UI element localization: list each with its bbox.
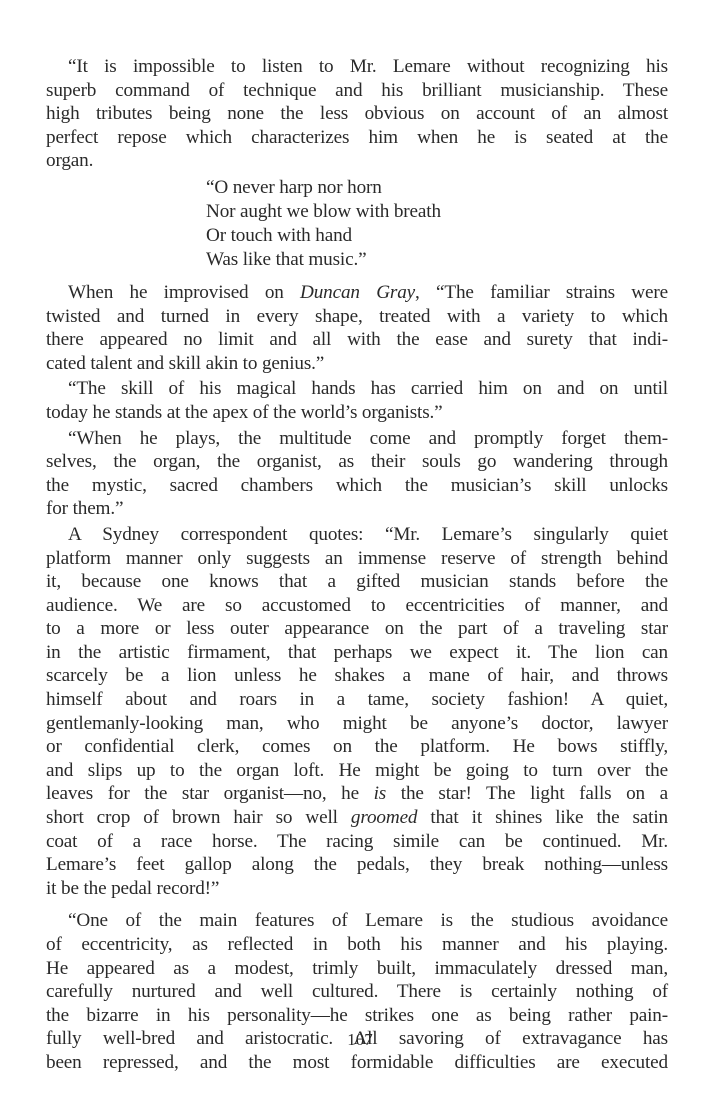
text-line: “The skill of his magical hands has carr… bbox=[46, 377, 668, 401]
text-line: twisted and turned in every shape, treat… bbox=[46, 305, 668, 329]
page-body: “It is impossible to listen to Mr. Lemar… bbox=[46, 55, 668, 1075]
text-line: and slips up to the organ loft. He might… bbox=[46, 759, 668, 783]
text-line: for them.” bbox=[46, 497, 668, 521]
text-line: today he stands at the apex of the world… bbox=[46, 401, 668, 425]
text-line: A Sydney correspondent quotes: “Mr. Lema… bbox=[46, 523, 668, 547]
text-line: perfect repose which characterizes him w… bbox=[46, 126, 668, 150]
text-line: it be the pedal record!” bbox=[46, 877, 668, 901]
text-line: gentlemanly-looking man, who might be an… bbox=[46, 712, 668, 736]
poem-quote: “O never harp nor horn Nor aught we blow… bbox=[46, 176, 668, 272]
text-line: the mystic, sacred chambers which the mu… bbox=[46, 474, 668, 498]
text-line: organ. bbox=[46, 149, 668, 173]
paragraph-1: “It is impossible to listen to Mr. Lemar… bbox=[46, 55, 668, 173]
paragraph-5: A Sydney correspondent quotes: “Mr. Lema… bbox=[46, 523, 668, 901]
paragraph-2: When he improvised on Duncan Gray, “The … bbox=[46, 281, 668, 375]
text-line: selves, the organ, the organist, as thei… bbox=[46, 450, 668, 474]
paragraph-4: “When he plays, the multitude come and p… bbox=[46, 427, 668, 521]
italic-title: Duncan Gray bbox=[300, 282, 415, 303]
poem-line: “O never harp nor horn bbox=[206, 176, 668, 200]
poem-line: Or touch with hand bbox=[206, 224, 668, 248]
paragraph-3: “The skill of his magical hands has carr… bbox=[46, 377, 668, 424]
page-number: 107 bbox=[0, 1030, 720, 1050]
text-line: “One of the main features of Lemare is t… bbox=[46, 909, 668, 933]
text-line: leaves for the star organist—no, he is t… bbox=[46, 782, 668, 806]
poem-line: Was like that music.” bbox=[206, 248, 668, 272]
text-line: high tributes being none the less obviou… bbox=[46, 102, 668, 126]
text-line: audience. We are so accustomed to eccent… bbox=[46, 594, 668, 618]
text-line: When he improvised on Duncan Gray, “The … bbox=[46, 281, 668, 305]
text-line: himself about and roars in a tame, socie… bbox=[46, 688, 668, 712]
text-line: “It is impossible to listen to Mr. Lemar… bbox=[46, 55, 668, 79]
text-line: to a more or less outer appearance on th… bbox=[46, 617, 668, 641]
text-line: “When he plays, the multitude come and p… bbox=[46, 427, 668, 451]
italic-emphasis: groomed bbox=[351, 807, 417, 828]
text-line: He appeared as a modest, trimly built, i… bbox=[46, 957, 668, 981]
text-line: coat of a race horse. The racing simile … bbox=[46, 830, 668, 854]
text-line: been repressed, and the most formidable … bbox=[46, 1051, 668, 1075]
text-line: superb command of technique and his bril… bbox=[46, 79, 668, 103]
italic-emphasis: is bbox=[374, 783, 387, 804]
text-line: of eccentricity, as reflected in both hi… bbox=[46, 933, 668, 957]
text-line: cated talent and skill akin to genius.” bbox=[46, 352, 668, 376]
text-line: the bizarre in his personality—he strike… bbox=[46, 1004, 668, 1028]
text-line: platform manner only suggests an immense… bbox=[46, 547, 668, 571]
text-line: scarcely be a lion unless he shakes a ma… bbox=[46, 664, 668, 688]
text-line: it, because one knows that a gifted musi… bbox=[46, 570, 668, 594]
text-line: or confidential clerk, comes on the plat… bbox=[46, 735, 668, 759]
text-line: carefully nurtured and well cultured. Th… bbox=[46, 980, 668, 1004]
text-line: in the artistic firmament, that perhaps … bbox=[46, 641, 668, 665]
text-line: Lemare’s feet gallop along the pedals, t… bbox=[46, 853, 668, 877]
text-line: there appeared no limit and all with the… bbox=[46, 328, 668, 352]
text-line: short crop of brown hair so well groomed… bbox=[46, 806, 668, 830]
poem-line: Nor aught we blow with breath bbox=[206, 200, 668, 224]
